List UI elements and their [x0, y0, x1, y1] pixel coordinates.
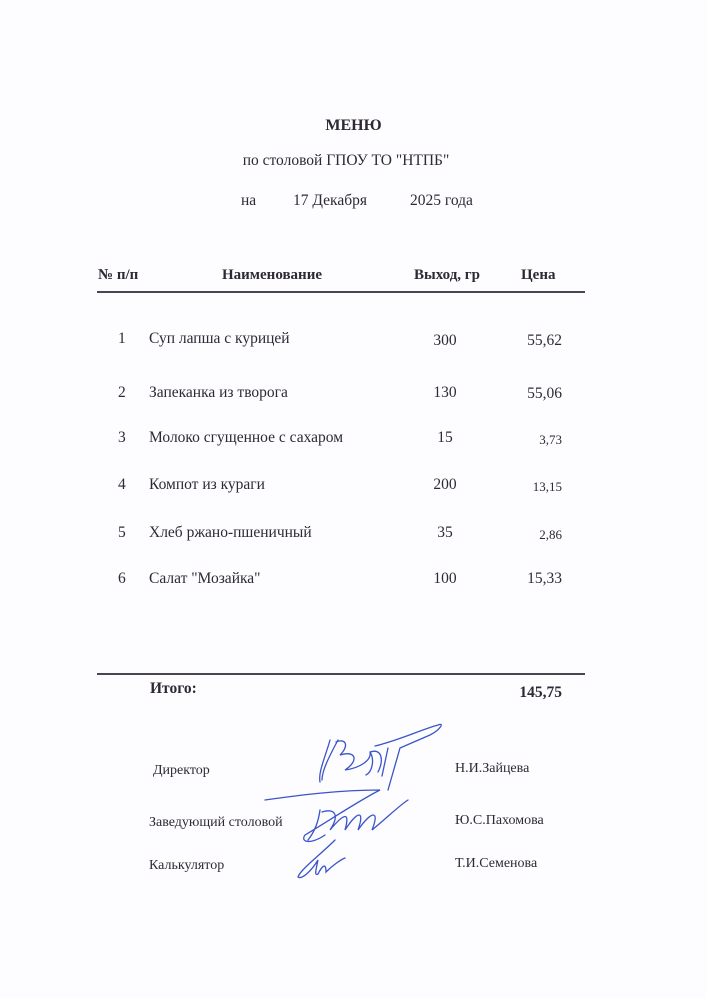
- row-yield: 15: [390, 429, 500, 447]
- handwritten-signatures-icon: [0, 0, 707, 999]
- header-divider: [97, 291, 585, 293]
- header-num: № п/п: [98, 267, 138, 284]
- document-subtitle: по столовой ГПОУ ТО "НТПБ": [0, 152, 692, 170]
- header-name: Наименование: [222, 267, 322, 284]
- row-name: Запеканка из творога: [149, 384, 288, 402]
- row-yield: 300: [390, 332, 500, 350]
- row-name: Компот из кураги: [149, 476, 265, 494]
- signature-role: Директор: [153, 763, 210, 779]
- row-price: 15,33: [490, 570, 562, 588]
- row-num: 5: [118, 524, 126, 542]
- signature-name: Н.И.Зайцева: [455, 761, 529, 777]
- date-year: 2025 года: [410, 192, 473, 210]
- row-price: 55,62: [490, 332, 562, 350]
- row-price: 55,06: [490, 385, 562, 403]
- row-price: 2,86: [490, 527, 562, 543]
- row-name: Салат "Мозайка": [149, 570, 261, 588]
- row-num: 2: [118, 384, 126, 402]
- date-day: 17 Декабря: [293, 192, 367, 210]
- row-yield: 100: [390, 570, 500, 588]
- header-price: Цена: [521, 267, 555, 284]
- row-price: 13,15: [490, 479, 562, 495]
- row-num: 6: [118, 570, 126, 588]
- total-divider: [97, 673, 585, 675]
- row-num: 1: [118, 330, 126, 348]
- row-name: Суп лапша с курицей: [149, 330, 290, 348]
- row-num: 4: [118, 476, 126, 494]
- signature-role: Калькулятор: [149, 858, 224, 874]
- total-label: Итого:: [150, 680, 197, 698]
- signature-name: Т.И.Семенова: [455, 856, 537, 872]
- total-value: 145,75: [470, 684, 562, 702]
- signature-role: Заведующий столовой: [149, 815, 283, 831]
- row-num: 3: [118, 429, 126, 447]
- row-price: 3,73: [490, 432, 562, 448]
- document-title: МЕНЮ: [0, 117, 707, 135]
- row-yield: 130: [390, 384, 500, 402]
- row-name: Молоко сгущенное с сахаром: [149, 429, 343, 447]
- signature-name: Ю.С.Пахомова: [455, 813, 544, 829]
- row-name: Хлеб ржано-пшеничный: [149, 524, 312, 542]
- date-prefix: на: [241, 192, 256, 210]
- row-yield: 35: [390, 524, 500, 542]
- header-yield: Выход, гр: [414, 267, 480, 284]
- row-yield: 200: [390, 476, 500, 494]
